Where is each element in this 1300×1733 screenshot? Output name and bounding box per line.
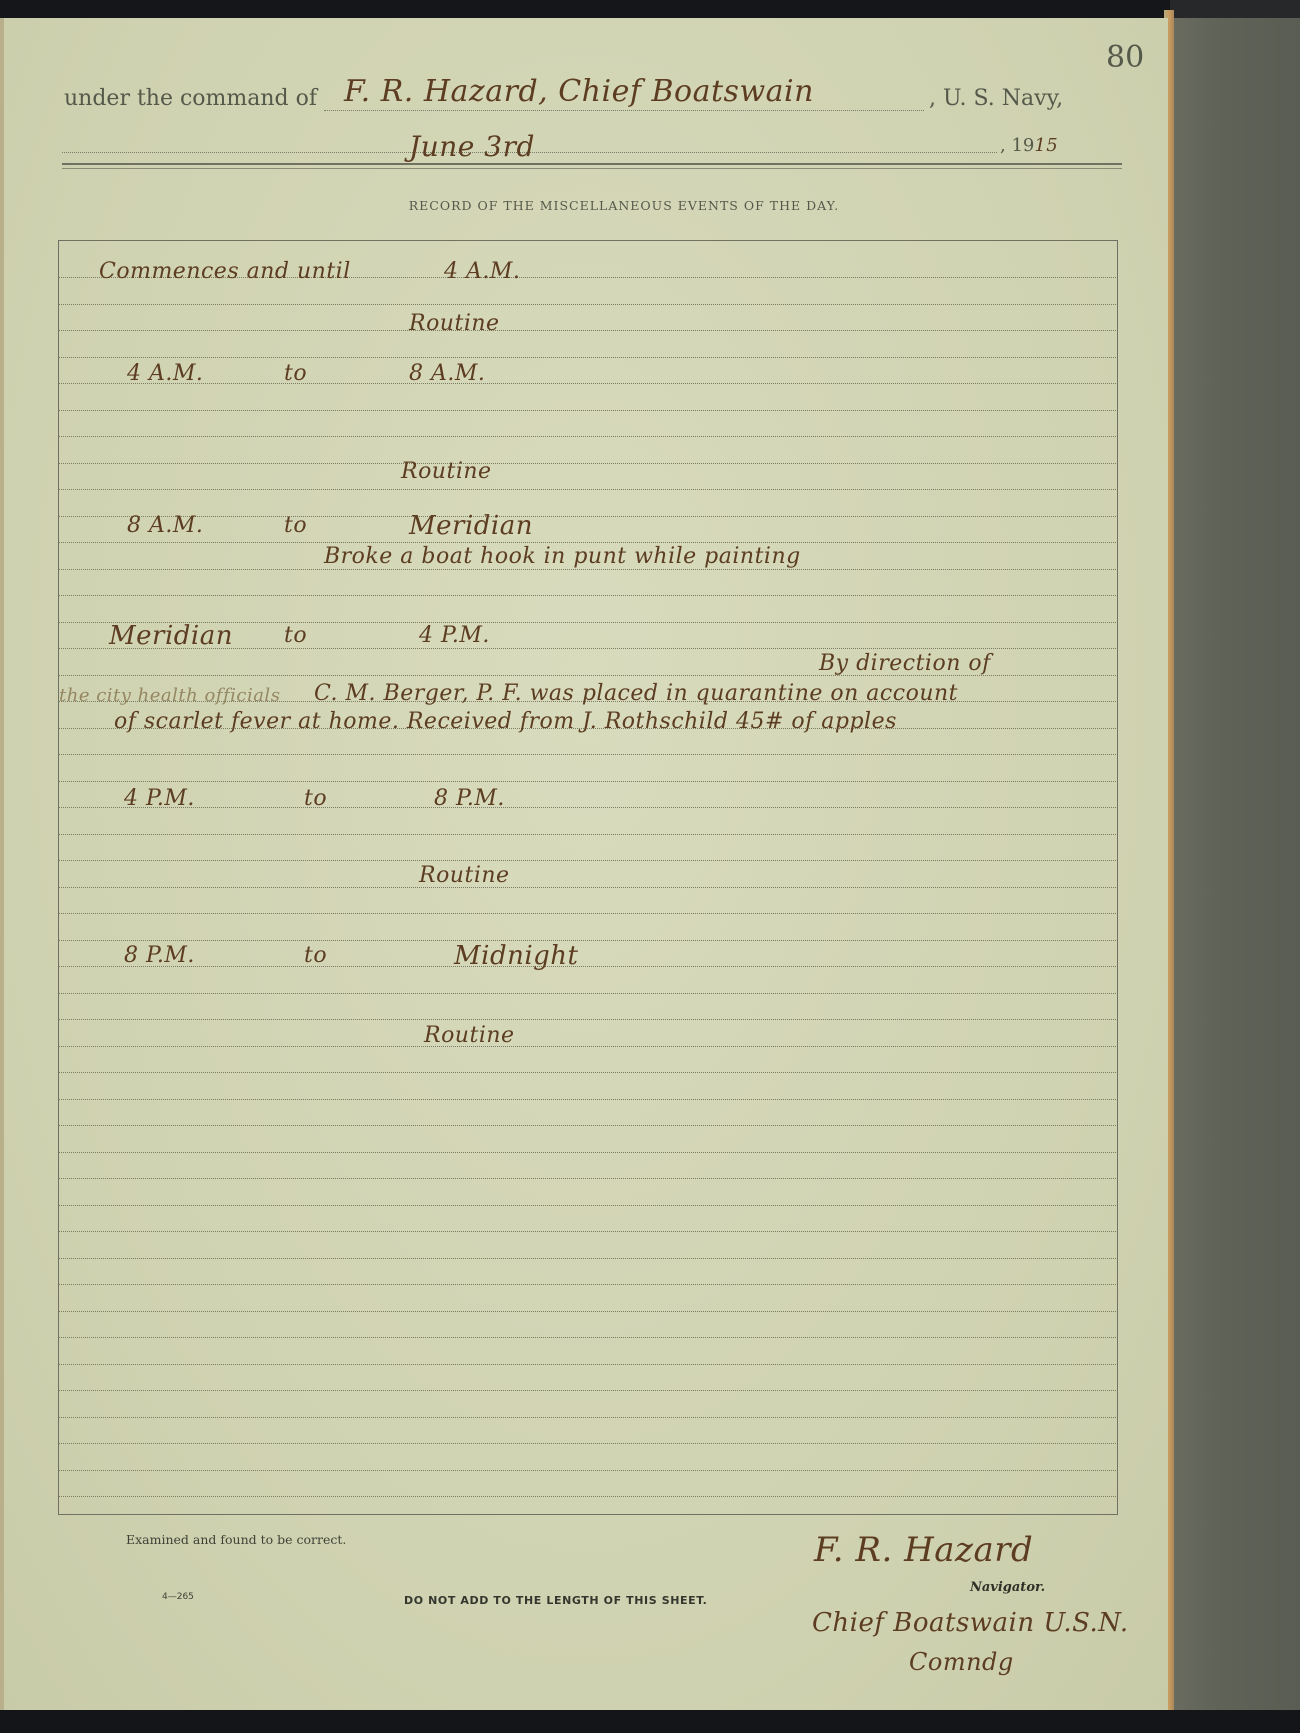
ruled-line bbox=[59, 1417, 1116, 1418]
command-fill-line bbox=[324, 110, 924, 111]
scan-background-top bbox=[1170, 0, 1300, 18]
entry-4pm-from: 4 P.M. bbox=[124, 786, 195, 811]
entry-8pm-sep: to bbox=[304, 943, 327, 968]
ruled-line bbox=[59, 1072, 1116, 1073]
entry-meridian-sep: to bbox=[284, 623, 307, 648]
ruled-line bbox=[59, 436, 1116, 437]
section-title: RECORD OF THE MISCELLANEOUS EVENTS OF TH… bbox=[4, 198, 1244, 213]
signature-role: Comndg bbox=[909, 1648, 1014, 1676]
ruled-line bbox=[59, 1205, 1116, 1206]
events-log-box: Commences and until 4 A.M. Routine 4 A.M… bbox=[58, 240, 1118, 1515]
entry-8am-remark: Broke a boat hook in punt while painting bbox=[324, 544, 801, 569]
scan-bottom-edge bbox=[0, 1710, 1300, 1733]
navy-label: , U. S. Navy, bbox=[929, 86, 1063, 111]
ruled-line bbox=[59, 410, 1116, 411]
entry-4am-to: 8 A.M. bbox=[409, 361, 485, 386]
entry-4pm-to: 8 P.M. bbox=[434, 786, 505, 811]
form-number: 4—265 bbox=[162, 1592, 194, 1602]
page-number: 80 bbox=[1106, 40, 1144, 75]
ruled-line bbox=[59, 595, 1116, 596]
entry-8am-sep: to bbox=[284, 513, 307, 538]
ruled-line bbox=[59, 1311, 1116, 1312]
ruled-line bbox=[59, 1496, 1116, 1497]
entry-8am-from: 8 A.M. bbox=[127, 513, 203, 538]
navigator-label: Navigator. bbox=[970, 1580, 1045, 1595]
ruled-line bbox=[59, 940, 1116, 941]
entry-meridian-remark-4: of scarlet fever at home. Received from … bbox=[114, 709, 897, 734]
entry-4am-from: 4 A.M. bbox=[127, 361, 203, 386]
entry-8pm-from: 8 P.M. bbox=[124, 943, 195, 968]
ruled-line bbox=[59, 1443, 1116, 1444]
ruled-line bbox=[59, 1364, 1116, 1365]
ruled-line bbox=[59, 304, 1116, 305]
entry-8am-to: Meridian bbox=[409, 511, 533, 541]
ruled-line bbox=[59, 754, 1116, 755]
ruled-line bbox=[59, 1178, 1116, 1179]
entry-4am-sep: to bbox=[284, 361, 307, 386]
entry-4am-remark: Routine bbox=[401, 459, 492, 484]
ruled-line bbox=[59, 1231, 1116, 1232]
entry-meridian-remark-3: C. M. Berger, P. F. was placed in quaran… bbox=[314, 681, 958, 706]
entry-8pm-to: Midnight bbox=[454, 941, 578, 971]
ruled-line bbox=[59, 542, 1116, 543]
command-label: under the command of bbox=[64, 86, 317, 111]
entry-8pm-remark: Routine bbox=[424, 1023, 515, 1048]
ruled-line bbox=[59, 834, 1116, 835]
ruled-line bbox=[59, 807, 1116, 808]
ruled-line bbox=[59, 1470, 1116, 1471]
ruled-line bbox=[59, 383, 1116, 384]
ruled-line bbox=[59, 860, 1116, 861]
entry-4pm-sep: to bbox=[304, 786, 327, 811]
ruled-line bbox=[59, 1284, 1116, 1285]
entry-commences-from: Commences and until bbox=[99, 259, 351, 284]
ruled-line bbox=[59, 1152, 1116, 1153]
header-divider bbox=[62, 163, 1122, 169]
ruled-line bbox=[59, 1099, 1116, 1100]
entry-meridian-to: 4 P.M. bbox=[419, 623, 490, 648]
ruled-line bbox=[59, 516, 1116, 517]
year-label: , 1915 bbox=[1000, 135, 1058, 156]
ruled-line bbox=[59, 781, 1116, 782]
commander-name: F. R. Hazard, Chief Boatswain bbox=[344, 74, 814, 109]
signature-name: F. R. Hazard bbox=[814, 1530, 1033, 1570]
ruled-line bbox=[59, 1019, 1116, 1020]
ruled-line bbox=[59, 887, 1116, 888]
ruled-line bbox=[59, 463, 1116, 464]
entry-meridian-from: Meridian bbox=[109, 621, 233, 651]
year-handwritten: 15 bbox=[1034, 135, 1058, 156]
ruled-line bbox=[59, 1390, 1116, 1391]
ruled-line bbox=[59, 913, 1116, 914]
logbook-page: 80 under the command of F. R. Hazard, Ch… bbox=[0, 18, 1168, 1710]
ruled-line bbox=[59, 1337, 1116, 1338]
entry-meridian-remark-2: the city health officials bbox=[59, 685, 280, 706]
ruled-line bbox=[59, 1125, 1116, 1126]
ruled-line bbox=[59, 489, 1116, 490]
scan-top-edge bbox=[0, 0, 1300, 18]
entry-commences-remark: Routine bbox=[409, 311, 500, 336]
log-date: June 3rd bbox=[409, 130, 535, 163]
entry-4pm-remark: Routine bbox=[419, 863, 510, 888]
ruled-line bbox=[59, 330, 1116, 331]
ruled-line bbox=[59, 1046, 1116, 1047]
year-prefix: , 19 bbox=[1000, 135, 1034, 156]
length-warning: DO NOT ADD TO THE LENGTH OF THIS SHEET. bbox=[404, 1594, 707, 1607]
examined-label: Examined and found to be correct. bbox=[126, 1532, 346, 1547]
entry-meridian-remark-1: By direction of bbox=[819, 651, 991, 676]
scan-background bbox=[1170, 0, 1300, 1733]
signature-title: Chief Boatswain U.S.N. bbox=[812, 1608, 1129, 1638]
ruled-line bbox=[59, 1258, 1116, 1259]
ruled-line bbox=[59, 993, 1116, 994]
ruled-line bbox=[59, 357, 1116, 358]
entry-commences-to: 4 A.M. bbox=[444, 259, 520, 284]
ruled-line bbox=[59, 966, 1116, 967]
